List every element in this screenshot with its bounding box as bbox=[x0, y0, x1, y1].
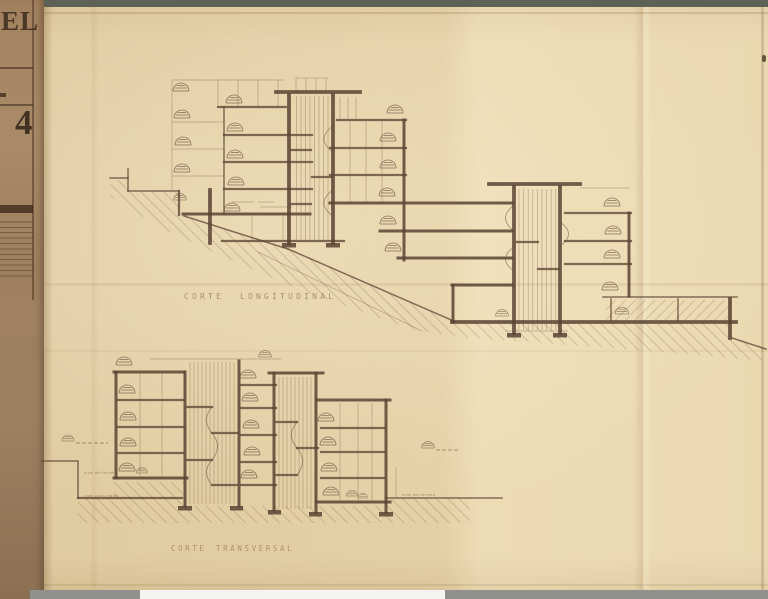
building-3 bbox=[317, 400, 393, 517]
left-building bbox=[172, 78, 344, 243]
annotation-pit-upper: nivel del terreno bbox=[84, 471, 117, 475]
ground-profile-bottom bbox=[42, 359, 502, 498]
stair-tower-bottom-middle bbox=[268, 373, 323, 517]
transversal-title-word2: TRANSVERSAL bbox=[216, 544, 294, 553]
longitudinal-title-word1: CORTE bbox=[184, 292, 224, 301]
scanner-background-bottom bbox=[0, 590, 768, 599]
stair-tower-upper-left bbox=[276, 92, 360, 248]
architectural-drawing-layer: CORTE LONGITUDINAL bbox=[0, 0, 768, 599]
longitudinal-title-word2: LONGITUDINAL bbox=[240, 292, 336, 301]
bottom-folder-corner bbox=[0, 590, 30, 599]
longitudinal-section-drawing: CORTE LONGITUDINAL bbox=[110, 78, 766, 361]
left-block-right-wing bbox=[330, 97, 512, 285]
annotation-right-ground: nivel del terreno bbox=[402, 493, 435, 497]
scanned-drawing-sheet: EL 4 bbox=[0, 0, 768, 599]
stair-tower-bottom-left bbox=[187, 362, 243, 511]
platform-hatch-band bbox=[606, 300, 732, 320]
transversal-title-word1: CORTE bbox=[171, 544, 207, 553]
transversal-section-drawing: nivel del terreno nivel patio ingles niv… bbox=[42, 351, 502, 553]
bottom-white-strip bbox=[140, 590, 445, 599]
building-2 bbox=[239, 361, 276, 510]
annotation-pit-lower: nivel patio ingles bbox=[84, 494, 118, 498]
